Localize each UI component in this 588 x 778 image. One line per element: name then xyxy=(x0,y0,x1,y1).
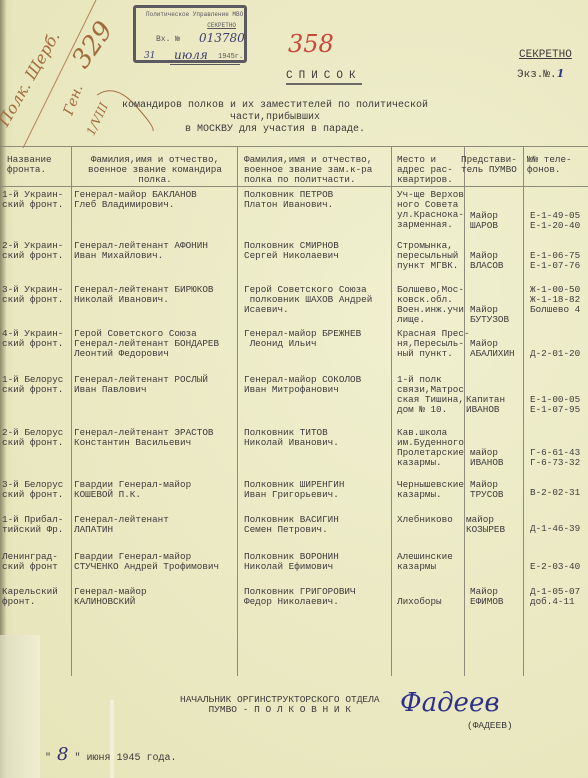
cell-phones: Е-1-00-05 Е-1-07-95 xyxy=(530,395,580,415)
cell-phones: Д-1-05-07 доб.4-11 xyxy=(530,587,580,607)
cell-front: Ленинград- ский фронт xyxy=(2,552,58,572)
cell-representative: Капитан ИВАНОВ xyxy=(466,395,505,415)
col-header-commander: Фамилия,имя и отчество, военное звание к… xyxy=(76,155,234,185)
cell-front: 3-й Белорус ский фронт. xyxy=(2,480,63,500)
cell-front: 2-й Украин- ский фронт. xyxy=(2,241,63,261)
cell-phones: Д-2-01-20 xyxy=(530,349,580,359)
cell-representative: майор ИВАНОВ xyxy=(470,448,503,468)
signatory-position: НАЧАЛЬНИК ОРГИНСТРУКТОРСКОГО ОТДЕЛА ПУМВ… xyxy=(180,695,380,715)
cell-representative: Майор ТРУСОВ xyxy=(470,480,503,500)
classification-label: СЕКРЕТНО xyxy=(519,49,572,61)
table-top-rule xyxy=(0,146,588,147)
document-subtitle: командиров полков и их заместителей по п… xyxy=(100,100,450,136)
cell-front: 1-й Прибал- тийский Фр. xyxy=(2,515,63,535)
cell-commander: Гвардии Генерал-майор КОШЕВОЙ П.К. xyxy=(74,480,191,500)
cell-location: 1-й полк связи,Матрос ская Тишина, дом №… xyxy=(397,375,464,415)
column-divider xyxy=(391,146,392,676)
cell-deputy: Полковник ШИРЕНГИН Иван Григорьевич. xyxy=(244,480,344,500)
date-quote-open: " xyxy=(45,753,51,764)
paper-fold xyxy=(0,635,40,778)
stamp-year: 1945г. xyxy=(218,54,243,61)
date-quote-close: " xyxy=(75,753,81,764)
col-header-front: Название фронта. xyxy=(7,155,52,175)
cell-commander: Генерал-лейтенант БИРЮКОВ Николай Иванов… xyxy=(74,285,213,305)
cell-front: Карельский фронт. xyxy=(2,587,58,607)
position-line-2: ПУМВО - П О Л К О В Н И К xyxy=(180,705,380,715)
cell-deputy: Полковник ГРИГОРОВИЧ Федор Николаевич. xyxy=(244,587,356,607)
cell-deputy: Полковник СМИРНОВ Сергей Николаевич xyxy=(244,241,339,261)
cell-representative: Майор БУТУЗОВ xyxy=(470,305,509,325)
cell-location: Хлебниково xyxy=(397,515,453,525)
date-rest: июня 1945 года. xyxy=(87,753,177,764)
cell-representative: Майор ШАРОВ xyxy=(470,211,498,231)
col-header-location: Место и адрес рас- квартиров. xyxy=(397,155,453,185)
cell-phones: Д-1-46-39 xyxy=(530,524,580,534)
cell-deputy: Полковник ВОРОНИН Николай Ефимович xyxy=(244,552,339,572)
col-header-phones: №№ теле- фонов. xyxy=(527,155,572,175)
registration-stamp: Политическое Управление МВО СЕКРЕТНО Вх.… xyxy=(133,5,247,63)
stamp-day: 31 xyxy=(144,52,155,61)
column-divider xyxy=(464,146,465,676)
document-title: СПИСОК xyxy=(286,70,362,85)
cell-representative: Майор АБАЛИХИН xyxy=(470,339,515,359)
cell-commander: Генерал-лейтенант ЛАПАТИН xyxy=(74,515,169,535)
cell-front: 2-й Белорус ский фронт. xyxy=(2,428,63,448)
table-header-rule xyxy=(0,186,588,187)
stamp-month: июля xyxy=(174,49,208,61)
cell-front: 4-й Украин- ский фронт. xyxy=(2,329,63,349)
signer-name: (ФАДЕЕВ) xyxy=(467,720,513,731)
cell-phones: Ж-1-00-50 Ж-1-18-82 Болшево 4 xyxy=(530,285,580,315)
cell-deputy: Генерал-майор СОКОЛОВ Иван Митрофанович xyxy=(244,375,361,395)
copy-number: Экз.№.1 xyxy=(517,67,564,81)
cell-commander: Генерал-лейтенант РОСЛЫЙ Иван Павлович xyxy=(74,375,208,395)
column-divider xyxy=(237,146,238,676)
cell-location: Уч-ще Верхов ного Совета ул.Краснока- за… xyxy=(397,190,464,230)
cell-location: Красная Прес- ня,Пересыль- ный пункт. xyxy=(397,329,470,359)
column-divider xyxy=(523,146,524,676)
stamp-incoming-number: 013780 xyxy=(199,32,245,44)
cell-front: 3-й Украин- ский фронт. xyxy=(2,285,63,305)
document-date: " 8 " июня 1945 года. xyxy=(45,744,177,765)
cell-deputy: Полковник ПЕТРОВ Платон Иванович. xyxy=(244,190,333,210)
stamp-incoming-label: Вх. № xyxy=(156,36,180,44)
copy-label: Экз.№. xyxy=(517,69,557,81)
cell-front: 1-й Украин- ский фронт. xyxy=(2,190,63,210)
cell-representative: Майор ЕФИМОВ xyxy=(470,587,503,607)
cell-location: Стромынка, пересыльный пункт МГВК. xyxy=(397,241,458,271)
cell-phones: В-2-02-31 xyxy=(530,488,580,498)
cell-representative: майор КОЗЫРЕВ xyxy=(466,515,505,535)
subtitle-line-2: в МОСКВУ для участия в параде. xyxy=(100,124,450,136)
sheet-number: 358 xyxy=(288,30,334,58)
column-divider xyxy=(71,146,72,676)
cell-deputy: Генерал-майор БРЕЖНЕВ Леонид Ильич xyxy=(244,329,361,349)
cell-location: Болшево,Мос- ковск.обл. Воен.инж.учи лищ… xyxy=(397,285,464,325)
cell-deputy: Полковник ВАСИГИН Семен Петрович. xyxy=(244,515,339,535)
cell-commander: Генерал-майор КАЛИНОВСКИЙ xyxy=(74,587,147,607)
cell-phones: Е-2-03-40 xyxy=(530,562,580,572)
copy-number-value: 1 xyxy=(557,67,565,80)
handwritten-signature: Фадеев xyxy=(400,688,499,718)
cell-front: 1-й Белорус ский фронт. xyxy=(2,375,63,395)
col-header-deputy: Фамилия,имя и отчество, военное звание з… xyxy=(244,155,372,185)
cell-representative: Майор ВЛАСОВ xyxy=(470,251,503,271)
cell-location: Кав.школа им.Буденного Пролетарские каза… xyxy=(397,428,464,468)
cell-commander: Генерал-лейтенант ЭРАСТОВ Константин Вас… xyxy=(74,428,213,448)
cell-phones: Е-1-06-75 Е-1-07-76 xyxy=(530,251,580,271)
cell-deputy: Герой Советского Союза полковник ШАХОВ А… xyxy=(244,285,372,315)
date-day: 8 xyxy=(57,744,68,765)
cell-location: Алешинские казармы xyxy=(397,552,453,572)
col-header-representative: Представи- тель ПУМВО xyxy=(461,155,517,175)
subtitle-line-1: командиров полков и их заместителей по п… xyxy=(100,100,450,124)
paper-crease xyxy=(110,700,114,778)
cell-commander: Гвардии Генерал-майор СТУЧЕНКО Андрей Тр… xyxy=(74,552,219,572)
cell-commander: Генерал-майор БАКЛАНОВ Глеб Владимирович… xyxy=(74,190,197,210)
cell-phones: Е-1-49-05 Е-1-20-40 xyxy=(530,211,580,231)
cell-commander: Герой Советского Союза Генерал-лейтенант… xyxy=(74,329,219,359)
stamp-org: Политическое Управление МВО xyxy=(146,12,243,18)
stamp-classification: СЕКРЕТНО xyxy=(207,23,236,29)
cell-phones: Г-6-61-43 Г-6-73-32 xyxy=(530,448,580,468)
stamp-underline xyxy=(170,64,240,65)
cell-location: Лихоборы xyxy=(397,597,442,607)
cell-location: Чернышевские казармы. xyxy=(397,480,464,500)
cell-deputy: Полковник ТИТОВ Николай Иванович. xyxy=(244,428,339,448)
cell-commander: Генерал-лейтенант АФОНИН Иван Михайлович… xyxy=(74,241,208,261)
